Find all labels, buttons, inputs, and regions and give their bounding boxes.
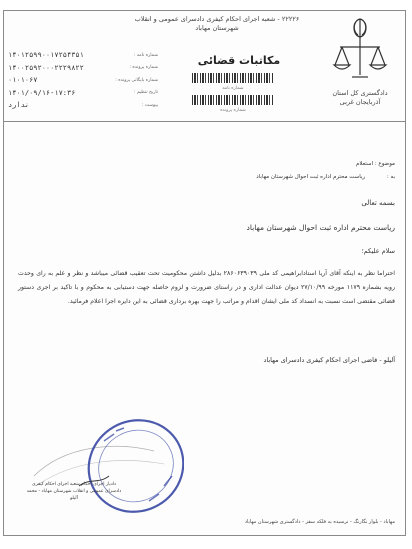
archive-number-value: ۰۱۰۱۰۶۷ [8,76,38,84]
recipient-value: ریاست محترم اداره ثبت احوال شهرستان مهاب… [256,174,365,180]
subject-value: استعلام [356,161,373,167]
document-title: مکاتبات قضائی [184,54,294,67]
addressee: ریاست محترم اداره ثبت احوال شهرستان مهاب… [247,223,395,232]
attachment-value: ندارد [8,101,29,109]
letter-body-paragraph: احتراما نظر به اینکه آقای آریا استادابرا… [18,267,395,309]
meta-row-letter-number: ۱۴۰۱۲۵۹۹۰۰۱۷۲۵۴۳۵۱ شماره نامه : [8,49,158,62]
iran-judiciary-emblem-icon [321,15,399,85]
archive-number-label: شماره بایگانی پرونده : [108,78,158,83]
letter-number-value: ۱۴۰۱۲۵۹۹۰۰۱۷۲۵۴۳۵۱ [8,51,84,59]
meta-row-case-number: ۱۴۰۰۲۵۹۲۰۰۰۲۲۲۹۸۲۲ شماره پرونده : [8,62,158,75]
signature-line: آلیلو - قاضی اجرای احکام کیفری دادسرای م… [264,356,396,364]
recipient-key: به : [387,174,395,180]
recipient-line: به : ریاست محترم اداره ثبت احوال شهرستان… [256,174,395,180]
subject-line: موضوع : استعلام [356,161,395,167]
case-number-barcode [192,95,274,105]
bismillah: بسمه تعالی [361,199,395,207]
meta-row-archive-number: ۰۱۰۱۰۶۷ شماره بایگانی پرونده : [8,74,158,87]
letter-number-barcode [192,73,274,83]
attachment-label: پیوست : [108,103,158,108]
case-number-label: شماره پرونده : [108,65,158,70]
meta-row-date: ۱۴۰۱/۰۹/۱۶-۱۷:۳۶ تاریخ تنظیم : [8,87,158,100]
court-name: دادگستری کل استان آذربایجان غربی [321,89,399,107]
letter-number-label: شماره نامه : [108,53,158,58]
case-number-value: ۱۴۰۰۲۵۹۲۰۰۰۲۲۲۹۸۲۲ [8,64,84,72]
date-value: ۱۴۰۱/۰۹/۱۶-۱۷:۳۶ [8,89,75,97]
case-number-barcode-caption: شماره پرونده [192,108,274,113]
judicial-letter: دادگستری کل استان آذربایجان غربی ۲۲۲۲۶ -… [3,10,406,536]
meta-row-attachment: ندارد پیوست : [8,99,158,112]
subject-key: موضوع : [375,161,395,167]
court-name-line2: آذربایجان غربی [321,98,399,107]
date-label: تاریخ تنظیم : [108,90,158,95]
court-name-line1: دادگستری کل استان [321,89,399,98]
letter-header: دادگستری کل استان آذربایجان غربی ۲۲۲۲۶ -… [4,11,405,122]
footer-address: مهاباد - بلوار نگارنگ - نرسیده به فلکه س… [245,519,395,525]
stamp-seal-icon [24,501,184,520]
court-emblem-block: دادگستری کل استان آذربایجان غربی [321,15,399,107]
greeting: سلام علیکم؛ [362,247,395,255]
stamp-text: دادیار اجرای احکام شعبه اجرای احکام کیفر… [24,481,124,502]
branch-name: ۲۲۲۲۶ - شعبه اجرای احکام کیفری دادسرای ع… [124,15,310,33]
letter-number-barcode-caption: شماره نامه [192,86,274,91]
letter-metadata: ۱۴۰۱۲۵۹۹۰۰۱۷۲۵۴۳۵۱ شماره نامه : ۱۴۰۰۲۵۹۲… [8,49,158,112]
